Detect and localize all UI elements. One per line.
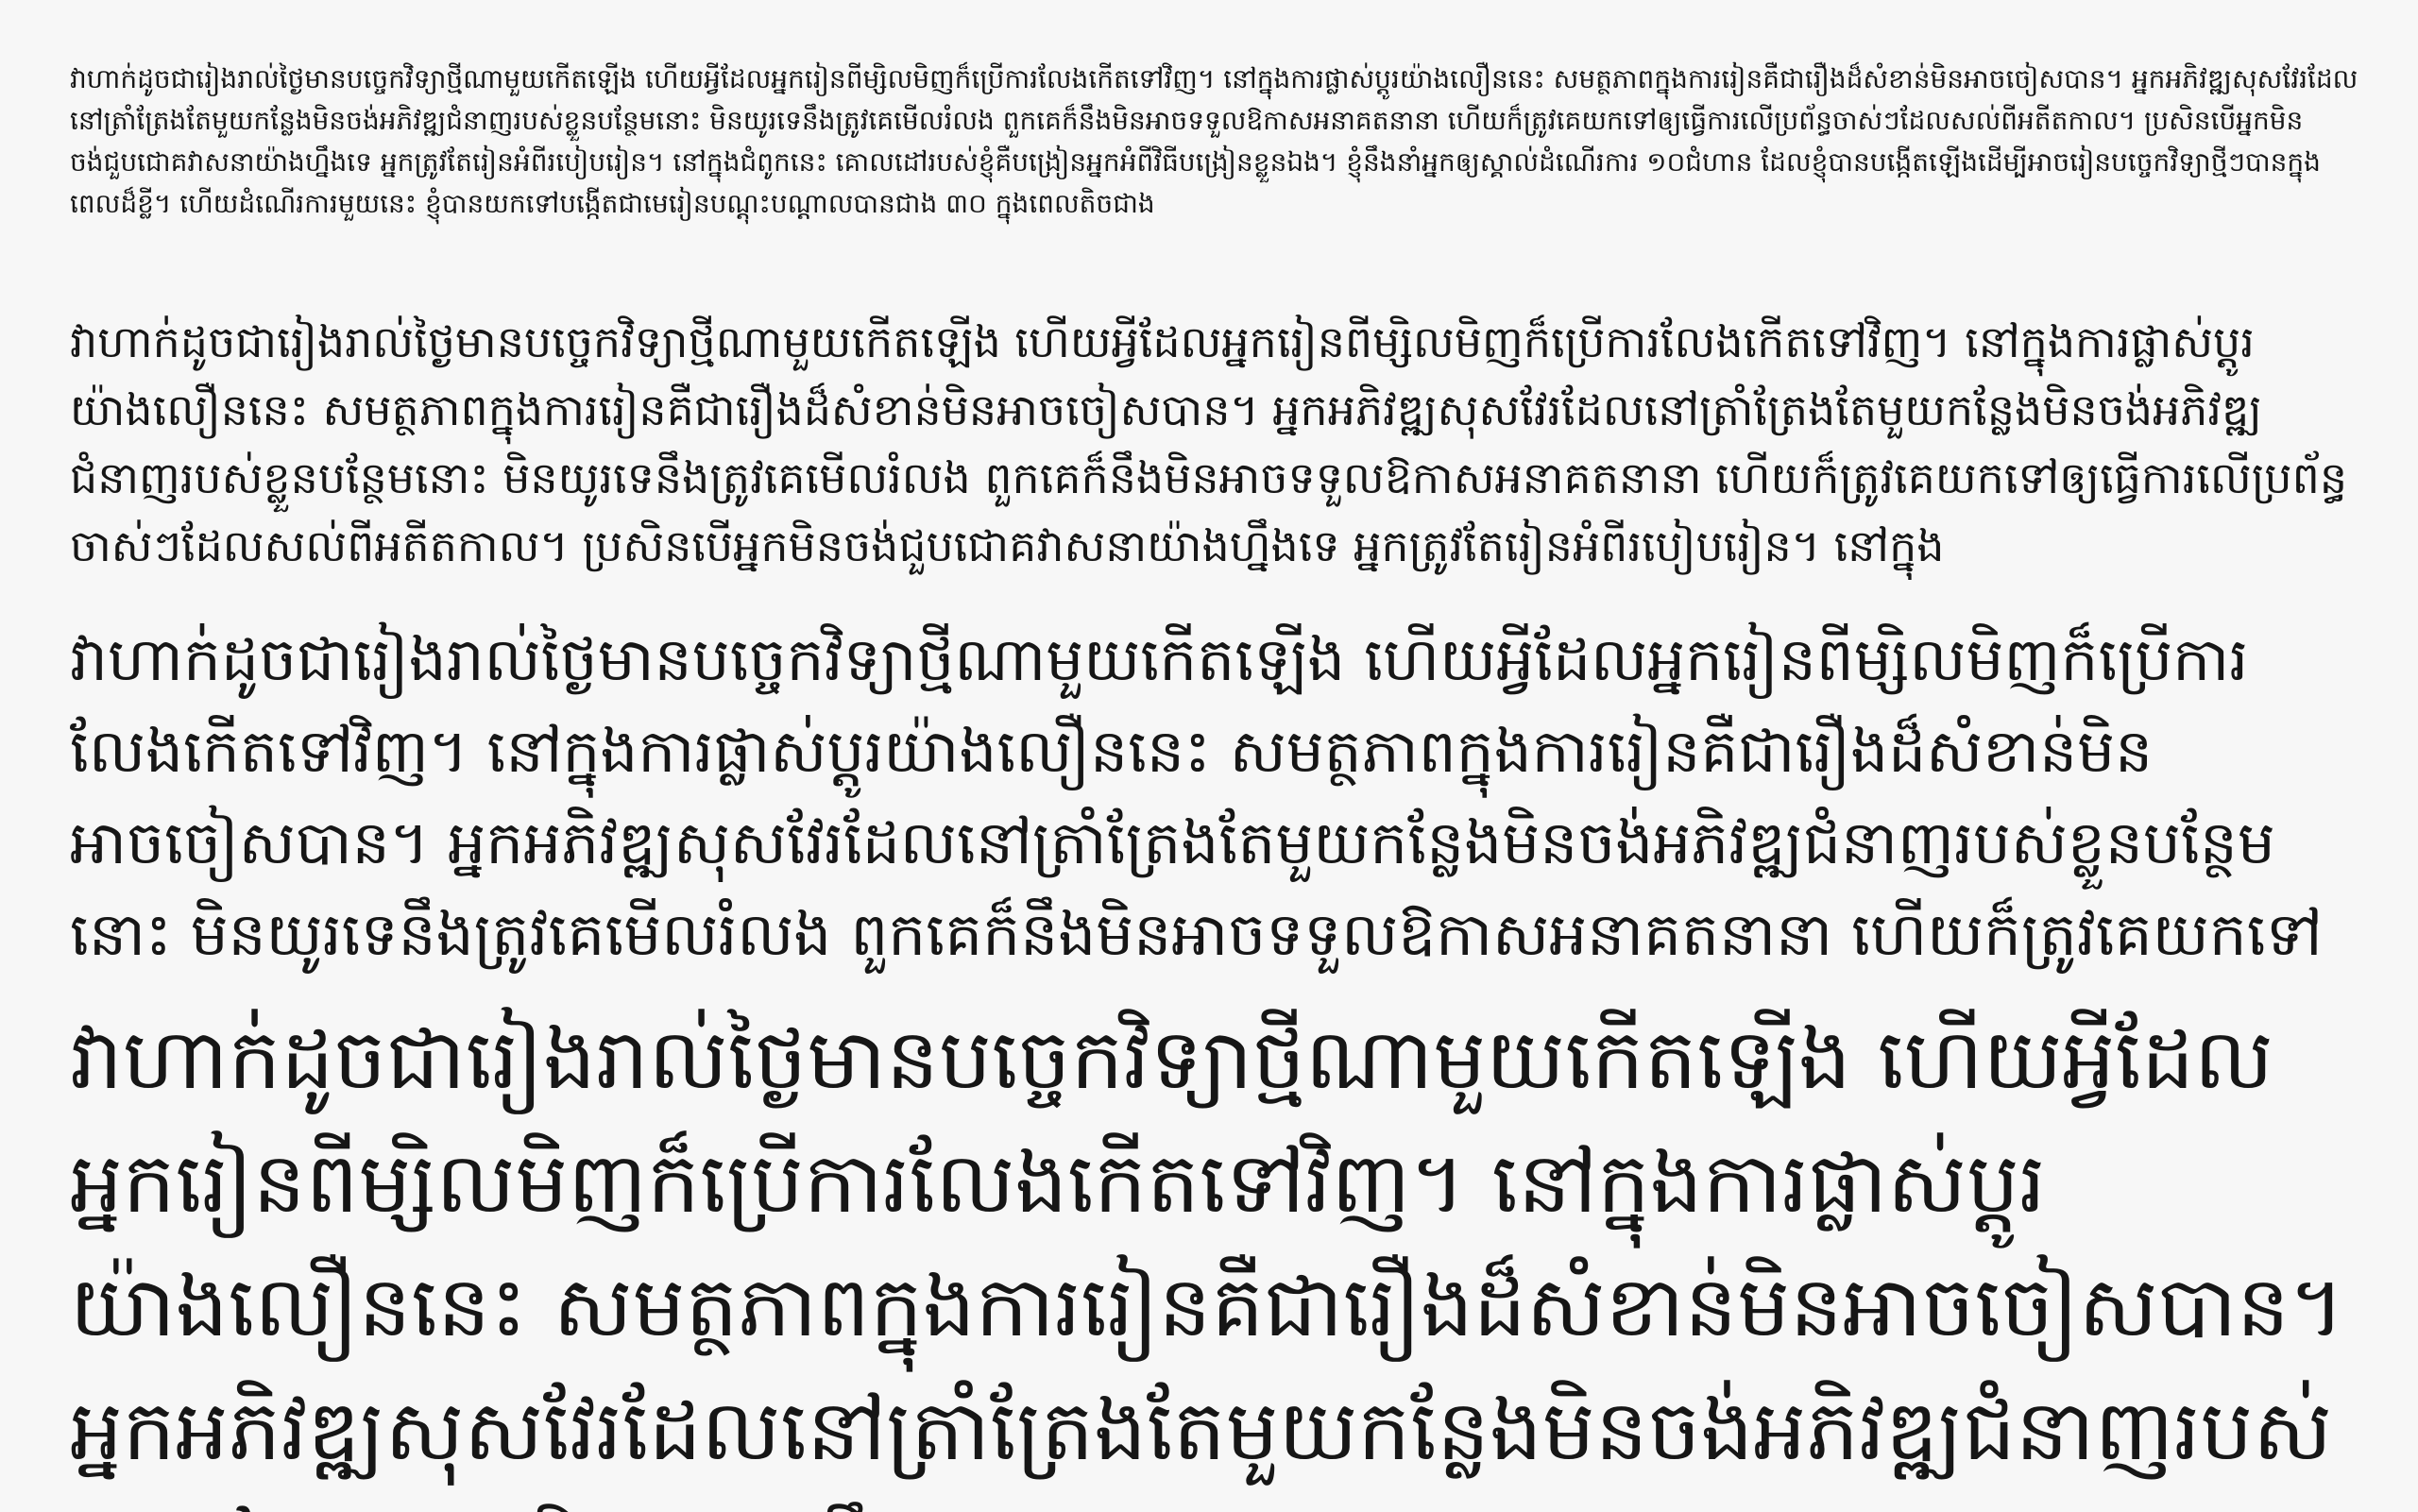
specimen-paragraph-medium: វាហាក់ដូចជារៀងរាល់ថ្ងៃមានបច្ចេកវិទ្យាថ្ម… <box>70 308 2359 580</box>
specimen-paragraph-xlarge: វាហាក់ដូចជារៀងរាល់ថ្ងៃមានបច្ចេកវិទ្យាថ្ម… <box>70 997 2359 1512</box>
specimen-paragraph-large: វាហាក់ដូចជារៀងរាល់ថ្ងៃមានបច្ចេកវិទ្យាថ្ម… <box>70 614 2359 990</box>
specimen-paragraph-small: វាហាក់ដូចជារៀងរាល់ថ្ងៃមានបច្ចេកវិទ្យាថ្ម… <box>70 59 2359 225</box>
khmer-type-specimen-page: វាហាក់ដូចជារៀងរាល់ថ្ងៃមានបច្ចេកវិទ្យាថ្ម… <box>0 0 2418 1512</box>
